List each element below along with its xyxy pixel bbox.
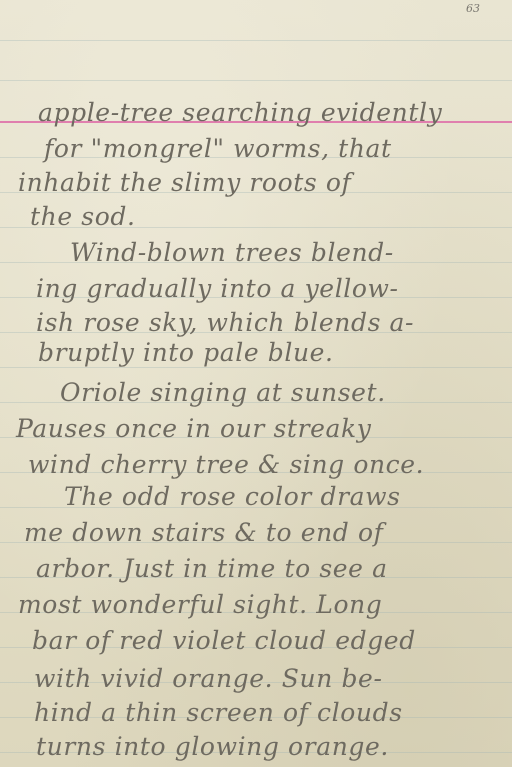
ruled-line [0,40,512,41]
ruled-line [0,80,512,81]
handwritten-line: bruptly into pale blue. [38,340,512,365]
handwritten-line: hind a thin screen of clouds [34,700,512,725]
handwritten-line: Oriole singing at sunset. [60,380,512,405]
handwritten-line: bar of red violet cloud edged [32,628,512,653]
handwritten-line: turns into glowing orange. [36,734,512,759]
handwritten-line: Pauses once in our streaky [16,416,512,441]
notebook-page: 63 apple-tree searching evidently for "m… [0,0,512,767]
handwritten-line: for "mongrel" worms, that [44,136,512,161]
ruled-line [0,367,512,368]
handwritten-line: apple-tree searching evidently [38,100,512,125]
handwritten-line: the sod. [30,204,512,229]
handwritten-line: with vivid orange. Sun be- [34,666,512,691]
page-number: 63 [466,2,480,15]
handwritten-line: inhabit the slimy roots of [18,170,512,195]
handwritten-line: wind cherry tree & sing once. [28,452,512,477]
handwritten-line: ing gradually into a yellow- [36,276,512,301]
handwritten-line: arbor. Just in time to see a [36,556,512,581]
handwritten-line: The odd rose color draws [64,484,512,509]
handwritten-line: ish rose sky, which blends a- [36,310,512,335]
handwritten-line: me down stairs & to end of [24,520,512,545]
handwritten-line: most wonderful sight. Long [18,592,512,617]
handwritten-line: Wind-blown trees blend- [70,240,512,265]
